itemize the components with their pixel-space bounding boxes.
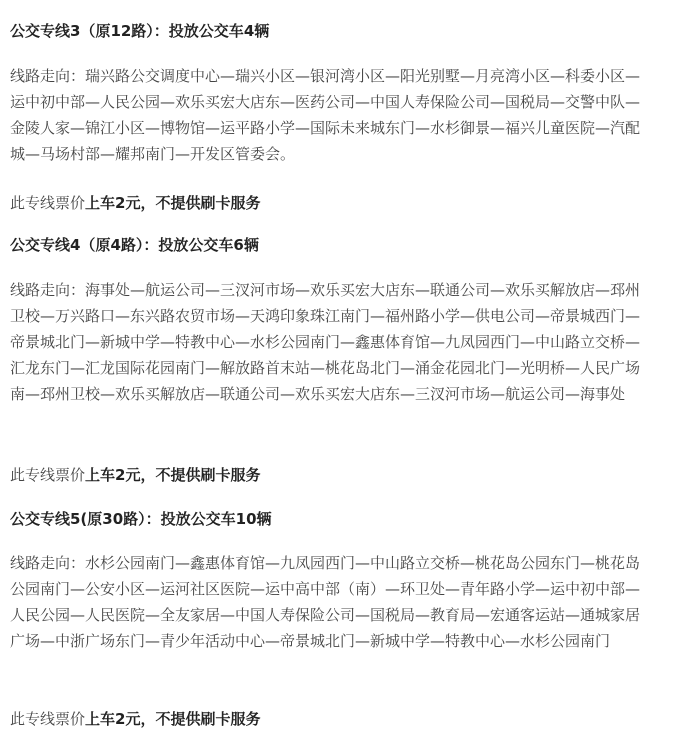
route-label: 线路走向： [10,554,85,572]
route-label: 线路走向： [10,281,85,299]
route-label: 线路走向： [10,67,85,85]
route-description-line3: 线路走向：瑞兴路公交调度中心—瑞兴小区—银河湾小区—阳光别墅—月亮湾小区—科委小… [10,63,650,167]
section-heading-line5: 公交专线5(原30路）：投放公交车10辆 [10,508,272,530]
fare-note-line3: 此专线票价上车2元，不提供刷卡服务 [10,192,260,214]
fare-prefix: 此专线票价 [10,466,85,484]
fare-detail: 上车2元，不提供刷卡服务 [85,194,260,212]
route-stops: 瑞兴路公交调度中心—瑞兴小区—银河湾小区—阳光别墅—月亮湾小区—科委小区—运中初… [10,67,640,163]
fare-prefix: 此专线票价 [10,710,85,728]
route-description-line5: 线路走向：水杉公园南门—鑫惠体育馆—九凤园西门—中山路立交桥—桃花岛公园东门—桃… [10,550,650,654]
fare-prefix: 此专线票价 [10,194,85,212]
section-heading-line4: 公交专线4（原4路）：投放公交车6辆 [10,234,259,256]
section-heading-line3: 公交专线3（原12路）：投放公交车4辆 [10,20,269,42]
fare-detail: 上车2元，不提供刷卡服务 [85,710,260,728]
fare-detail: 上车2元，不提供刷卡服务 [85,466,260,484]
fare-note-line5: 此专线票价上车2元，不提供刷卡服务 [10,708,260,730]
route-description-line4: 线路走向：海事处—航运公司—三汊河市场—欢乐买宏大店东—联通公司—欢乐买解放店—… [10,277,650,407]
fare-note-line4: 此专线票价上车2元，不提供刷卡服务 [10,464,260,486]
route-stops: 海事处—航运公司—三汊河市场—欢乐买宏大店东—联通公司—欢乐买解放店—邳州卫校—… [10,281,640,403]
route-stops: 水杉公园南门—鑫惠体育馆—九凤园西门—中山路立交桥—桃花岛公园东门—桃花岛公园南… [10,554,640,650]
